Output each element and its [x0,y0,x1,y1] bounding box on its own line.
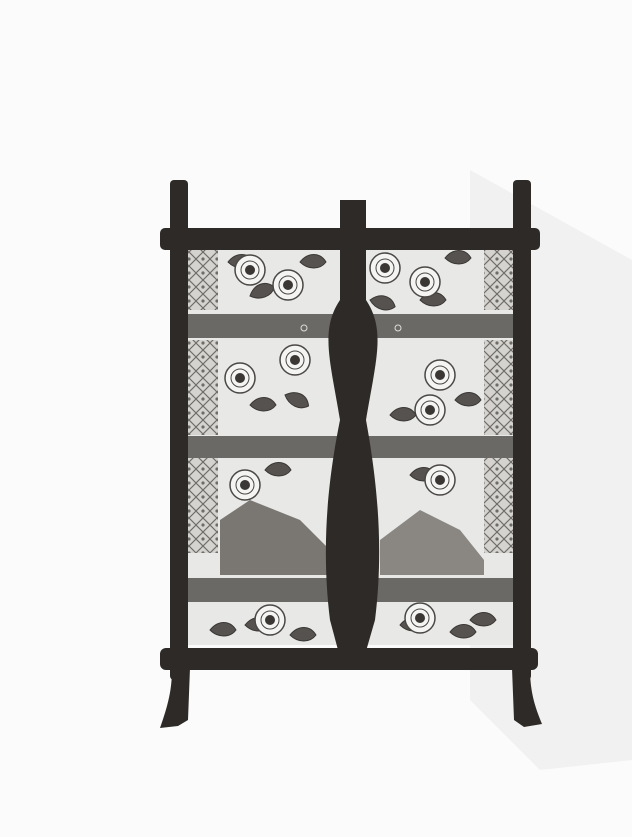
left-foot [160,668,190,728]
screen-photo [0,0,632,837]
left-post [170,180,188,680]
right-post [513,180,531,680]
